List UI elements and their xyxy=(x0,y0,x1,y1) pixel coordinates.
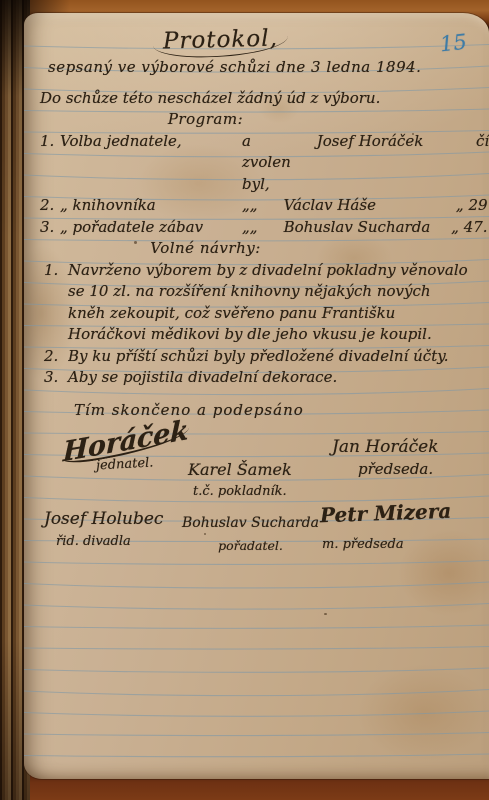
program-row-house-number: „ 47. xyxy=(432,217,489,239)
motions-heading: Volné návrhy: xyxy=(40,238,371,260)
signature-jednatel: Horáček jednatel. xyxy=(62,431,190,474)
motion-item: 3. Aby se pojistila divadelní dekorace. xyxy=(40,367,481,389)
signature-reditel-divadla: Josef Holubec řid. divadla xyxy=(44,509,163,552)
ink-speck xyxy=(204,533,206,535)
signature-role: t.č. pokladník. xyxy=(188,481,292,503)
ink-speck xyxy=(412,133,414,135)
program-row-house-number: čís 12 xyxy=(465,131,489,196)
motion-text: By ku příští schůzi byly předložené diva… xyxy=(68,346,481,368)
signature-name: Jan Horáček xyxy=(332,437,439,459)
signature-role: pořadatel. xyxy=(182,535,319,557)
program-row-middle: a zvolen byl, xyxy=(228,131,317,196)
signature-mistopredseda: Petr Mizera m. předseda xyxy=(320,503,481,549)
program-row-number: 2. xyxy=(40,195,60,217)
program-row-person: Josef Horáček xyxy=(317,131,465,196)
ditto-mark: „ xyxy=(250,195,258,217)
attendance-line: Do schůze této nescházel žádný úd z výbo… xyxy=(40,88,481,110)
program-row: 3. „ pořadatele zábav „ „ Bohuslav Sucha… xyxy=(40,217,481,239)
program-row-person: Václav Háše xyxy=(284,195,432,217)
program-row-number: 3. xyxy=(40,217,60,239)
signature-name: Petr Mizera xyxy=(320,501,452,527)
subtitle-line: sepsaný ve výborové schůzi dne 3 ledna 1… xyxy=(48,57,481,79)
program-heading: Program: xyxy=(40,109,371,131)
program-row-item: „ knihovníka xyxy=(60,195,228,217)
signature-role: předseda. xyxy=(358,459,439,481)
program-row: 1. Volba jednatele, a zvolen byl, Josef … xyxy=(40,131,481,196)
signature-pokladnik: Karel Šamek t.č. pokladník. xyxy=(188,459,292,502)
motion-number: 1. xyxy=(40,260,68,346)
signature-poradatel: Bohuslav Sucharda pořadatel. xyxy=(182,513,319,556)
motion-item: 2. By ku příští schůzi byly předložené d… xyxy=(40,346,481,368)
motion-number: 2. xyxy=(40,346,68,368)
signature-predseda: Jan Horáček předseda. xyxy=(332,437,439,480)
ditto-mark: „ xyxy=(242,217,250,239)
signature-name: Bohuslav Sucharda xyxy=(182,513,319,535)
ditto-mark: „ xyxy=(242,195,250,217)
ink-speck xyxy=(324,613,327,615)
program-row-middle: „ „ xyxy=(228,217,284,239)
closing-line: Tím skončeno a podepsáno xyxy=(74,400,481,422)
motion-item: 1. Navrženo výborem by z divadelní pokla… xyxy=(40,260,481,346)
motion-text: Navrženo výborem by z divadelní pokladny… xyxy=(68,260,481,346)
page-title: Protokol, xyxy=(40,25,401,57)
signature-role: řid. divadla xyxy=(56,531,163,553)
motion-number: 3. xyxy=(40,367,68,389)
program-row-item: Volba jednatele, xyxy=(60,131,228,196)
program-row-middle: „ „ xyxy=(228,195,284,217)
signature-name: Karel Šamek xyxy=(188,459,292,481)
signature-name: Josef Holubec xyxy=(44,509,163,531)
handwritten-content: Protokol, sepsaný ve výborové schůzi dne… xyxy=(24,13,489,779)
signature-role: jednatel. xyxy=(96,450,191,476)
ditto-mark: a zvolen byl, xyxy=(242,131,291,196)
program-row: 2. „ knihovníka „ „ Václav Háše „ 29 xyxy=(40,195,481,217)
program-row-house-number: „ 29 xyxy=(432,195,489,217)
ditto-mark: „ xyxy=(250,217,258,239)
program-row-person: Bohuslav Sucharda xyxy=(284,217,432,239)
program-row-number: 1. xyxy=(40,131,60,196)
notebook-page: 15 Protokol, sepsaný ve výborové schůzi … xyxy=(24,13,489,779)
signatures-block: Horáček jednatel. Karel Šamek t.č. pokla… xyxy=(40,429,481,559)
ink-speck xyxy=(134,241,137,244)
photo-background: 15 Protokol, sepsaný ve výborové schůzi … xyxy=(0,0,489,800)
program-row-item: „ pořadatele zábav xyxy=(60,217,228,239)
motion-text: Aby se pojistila divadelní dekorace. xyxy=(68,367,481,389)
signature-role: m. předseda xyxy=(322,534,404,556)
